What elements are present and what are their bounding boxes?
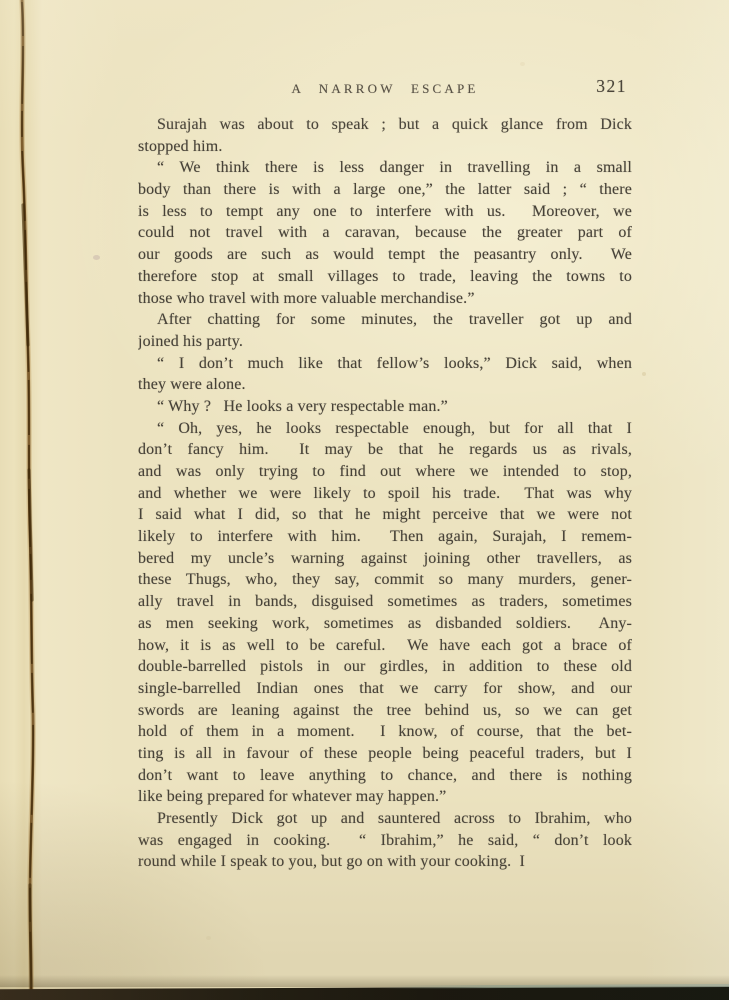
text-line: was engaged in cooking. “ Ibrahim,” he s… — [138, 830, 632, 852]
text-line: like being prepared for whatever may hap… — [138, 786, 632, 808]
page-body: Surajah was about to speak ; but a quick… — [138, 114, 632, 873]
text-line: round while I speak to you, but go on wi… — [138, 851, 632, 873]
text-line: could not travel with a caravan, because… — [138, 222, 632, 244]
text-line: and was only trying to find out where we… — [138, 461, 632, 483]
paragraph: “ I don’t much like that fellow’s looks,… — [138, 353, 632, 396]
page-bottom-edge — [0, 986, 729, 1000]
page-number: 321 — [596, 76, 627, 97]
book-page: A NARROW ESCAPE 321 Surajah was about to… — [0, 0, 729, 1000]
text-line: I said what I did, so that he might perc… — [138, 504, 632, 526]
running-header: A NARROW ESCAPE 321 — [138, 78, 632, 102]
text-line: our goods are such as would tempt the pe… — [138, 244, 632, 266]
text-line: double-barrelled pistols in our girdles,… — [138, 656, 632, 678]
text-line: how, it is as well to be careful. We hav… — [138, 635, 632, 657]
text-line: as men seeking work, sometimes as disban… — [138, 613, 632, 635]
text-line: don’t want to leave anything to chance, … — [138, 765, 632, 787]
text-line: body than there is with a large one,” th… — [138, 179, 632, 201]
text-line: stopped him. — [138, 136, 632, 158]
text-line: and whether we were likely to spoil his … — [138, 483, 632, 505]
paragraph: Presently Dick got up and sauntered acro… — [138, 808, 632, 873]
text-line: “ Why ? He looks a very respectable man.… — [138, 396, 632, 418]
text-line: they were alone. — [138, 374, 632, 396]
text-line: “ I don’t much like that fellow’s looks,… — [138, 353, 632, 375]
text-line: “ We think there is less danger in trave… — [138, 157, 632, 179]
paragraph: After chatting for some minutes, the tra… — [138, 309, 632, 352]
text-line: likely to interfere with him. Then again… — [138, 526, 632, 548]
paragraph: Surajah was about to speak ; but a quick… — [138, 114, 632, 157]
text-line: bered my uncle’s warning against joining… — [138, 548, 632, 570]
text-line: single-barrelled Indian ones that we car… — [138, 678, 632, 700]
running-header-title: A NARROW ESCAPE — [138, 81, 632, 97]
text-line: those who travel with more valuable merc… — [138, 288, 632, 310]
text-line: is less to tempt any one to interfere wi… — [138, 201, 632, 223]
text-line: After chatting for some minutes, the tra… — [138, 309, 632, 331]
foxing-speck — [520, 62, 525, 66]
text-line: hold of them in a moment. I know, of cou… — [138, 721, 632, 743]
text-line: ally travel in bands, disguised sometime… — [138, 591, 632, 613]
text-line: Presently Dick got up and sauntered acro… — [138, 808, 632, 830]
foxing-speck — [206, 936, 211, 940]
text-line: joined his party. — [138, 331, 632, 353]
text-line: swords are leaning against the tree behi… — [138, 700, 632, 722]
foxing-speck — [93, 255, 100, 260]
paragraph: “ Why ? He looks a very respectable man.… — [138, 396, 632, 418]
text-line: “ Oh, yes, he looks respectable enough, … — [138, 418, 632, 440]
foxing-speck — [642, 372, 646, 376]
text-line: therefore stop at small villages to trad… — [138, 266, 632, 288]
text-line: ting is all in favour of these people be… — [138, 743, 632, 765]
paragraph: “ Oh, yes, he looks respectable enough, … — [138, 418, 632, 808]
text-line: these Thugs, who, they say, commit so ma… — [138, 569, 632, 591]
paragraph: “ We think there is less danger in trave… — [138, 157, 632, 309]
text-line: don’t fancy him. It may be that he regar… — [138, 439, 632, 461]
text-line: Surajah was about to speak ; but a quick… — [138, 114, 632, 136]
